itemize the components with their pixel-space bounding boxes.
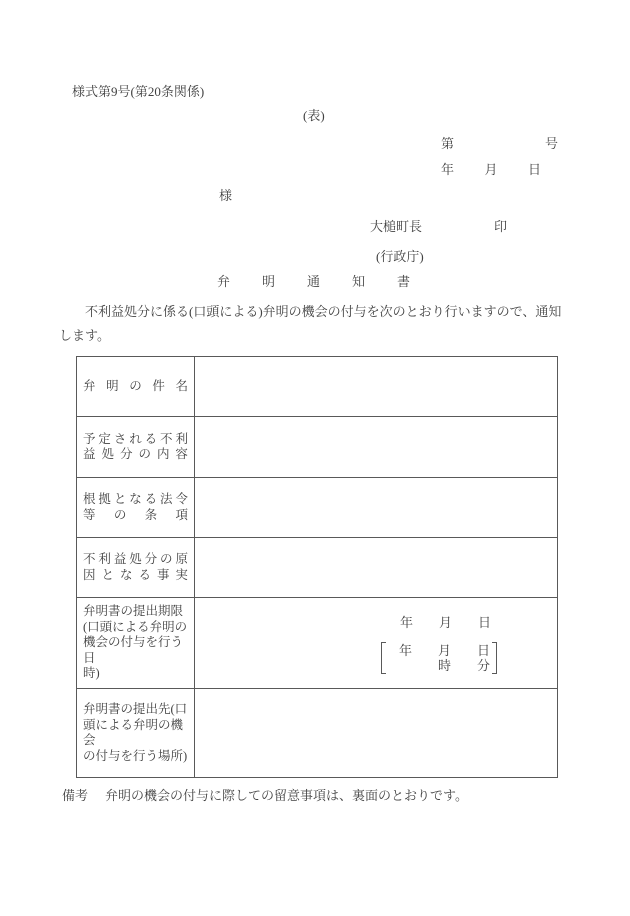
doc-number-suffix: 号 bbox=[545, 136, 558, 152]
addressee-honorific: 様 bbox=[219, 188, 232, 204]
remark-label: 備考 bbox=[62, 788, 88, 804]
document-page: 様式第9号(第20条関係) (表) 第 号 年 月 日 様 大槌町長 印 (行政… bbox=[0, 0, 630, 916]
seal-mark: 印 bbox=[494, 219, 507, 235]
row-label-deadline: 弁明書の提出期限 (口頭による弁明の 機会の付与を行う日 時) bbox=[77, 598, 195, 689]
doc-number-line: 第 号 bbox=[441, 136, 558, 152]
row-label-facts: 不利益処分の原因となる事実 bbox=[77, 538, 195, 598]
issuer-note: (行政庁) bbox=[376, 249, 424, 265]
document-title: 弁明通知書 bbox=[217, 274, 442, 290]
row-value-facts bbox=[195, 538, 558, 598]
row-label-submission-place: 弁明書の提出先(口 頭による弁明の機会 の付与を行う場所) bbox=[77, 689, 195, 778]
right-bracket-icon bbox=[492, 642, 497, 674]
oral-datetime-bracket: 年 月 日 時 分 bbox=[381, 642, 497, 674]
table-row-planned-disposition: 予定される不利益処分の内容 bbox=[77, 417, 558, 478]
row-label-planned-disposition: 予定される不利益処分の内容 bbox=[77, 417, 195, 478]
table-row-submission-place: 弁明書の提出先(口 頭による弁明の機会 の付与を行う場所) bbox=[77, 689, 558, 778]
table-row-legal-basis: 根拠となる法令等の条項 bbox=[77, 478, 558, 538]
row-value-subject bbox=[195, 357, 558, 417]
row-value-deadline: 年 月 日 年 月 日 時 分 bbox=[195, 598, 558, 689]
side-marker: (表) bbox=[303, 108, 325, 124]
issue-date-placeholder: 年 月 日 bbox=[441, 162, 543, 178]
table-row-subject: 弁明の件名 bbox=[77, 357, 558, 417]
bracket-time-line: 時 分 bbox=[399, 658, 490, 673]
table-row-deadline: 弁明書の提出期限 (口頭による弁明の 機会の付与を行う日 時) 年 月 日 年 … bbox=[77, 598, 558, 689]
row-label-subject: 弁明の件名 bbox=[77, 357, 195, 417]
bracket-date-line: 年 月 日 bbox=[399, 643, 490, 658]
table-row-facts: 不利益処分の原因となる事実 bbox=[77, 538, 558, 598]
issuer-title: 大槌町長 bbox=[370, 219, 422, 235]
row-value-planned-disposition bbox=[195, 417, 558, 478]
doc-number-prefix: 第 bbox=[441, 136, 454, 152]
row-value-legal-basis bbox=[195, 478, 558, 538]
notice-table: 弁明の件名 予定される不利益処分の内容 根拠となる法令等の条項 不利益処分の原因… bbox=[76, 356, 558, 778]
deadline-date-placeholder: 年 月 日 bbox=[400, 615, 491, 630]
row-label-legal-basis: 根拠となる法令等の条項 bbox=[77, 478, 195, 538]
intro-paragraph: 不利益処分に係る(口頭による)弁明の機会の付与を次のとおり行いますので、通知しま… bbox=[59, 300, 562, 348]
remark-note: 備考 弁明の機会の付与に際しての留意事項は、裏面のとおりです。 bbox=[62, 788, 468, 804]
form-id-label: 様式第9号(第20条関係) bbox=[72, 84, 204, 100]
remark-text: 弁明の機会の付与に際しての留意事項は、裏面のとおりです。 bbox=[105, 788, 468, 804]
row-value-submission-place bbox=[195, 689, 558, 778]
issuer-line: 大槌町長 印 bbox=[370, 219, 507, 235]
